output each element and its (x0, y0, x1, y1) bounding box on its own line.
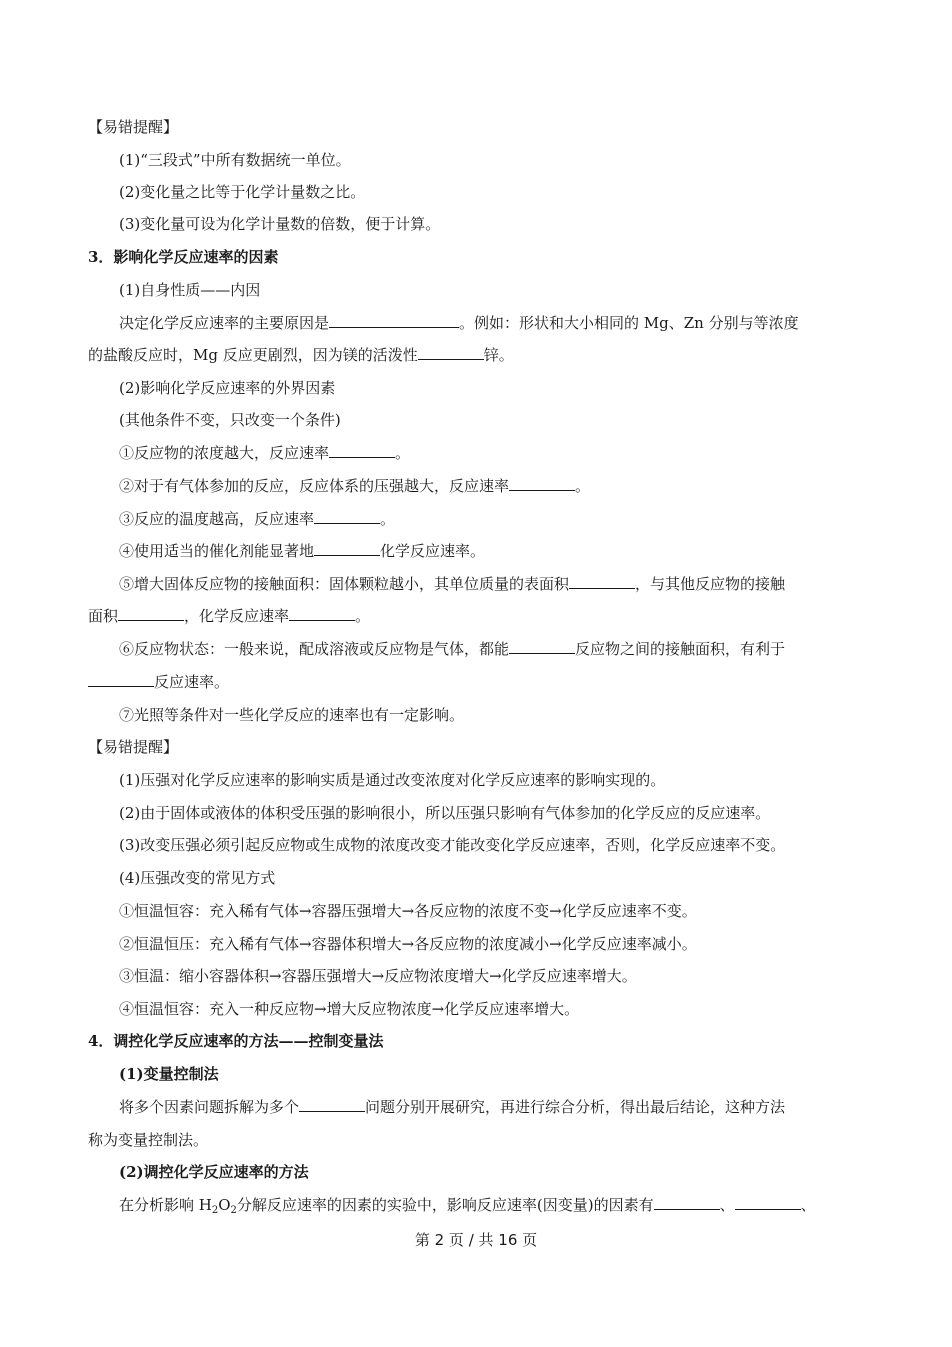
text: 面积 (88, 607, 118, 625)
fill-blank (569, 574, 635, 589)
text: O (218, 1196, 230, 1214)
text: ①反应物的浓度越大，反应速率 (119, 444, 329, 462)
tip-item: ①恒温恒容：充入稀有气体→容器压强增大→各反应物的浓度不变→化学反应速率不变。 (119, 901, 952, 921)
text: 在分析影响 H (119, 1196, 212, 1214)
factor-item: ③反应的温度越高，反应速率。 (119, 509, 952, 529)
tip-item: (4)压强改变的常见方式 (119, 868, 952, 888)
tip-item: (1)压强对化学反应速率的影响实质是通过改变浓度对化学反应速率的影响实现的。 (119, 770, 952, 790)
fill-blank (289, 606, 355, 621)
subheading: (1)变量控制法 (119, 1064, 952, 1084)
text: 决定化学反应速率的主要原因是 (119, 314, 329, 332)
factor-item: ⑤增大固体反应物的接触面积：固体颗粒越小，其单位质量的表面积，与其他反应物的接触 (119, 574, 952, 594)
text: 将多个因素问题拆解为多个 (119, 1098, 299, 1116)
subheading: (2)调控化学反应速率的方法 (119, 1162, 952, 1182)
subheading: (2)影响化学反应速率的外界因素 (119, 378, 952, 398)
factor-item-cont: 反应速率。 (88, 672, 952, 692)
text: 问题分别开展研究，再进行综合分析，得出最后结论，这种方法 (365, 1098, 785, 1116)
text: ②对于有气体参加的反应，反应体系的压强越大，反应速率 (119, 477, 509, 495)
note: (其他条件不变，只改变一个条件) (119, 410, 952, 430)
tip-title: 【易错提醒】 (88, 117, 952, 137)
factor-item: ②对于有气体参加的反应，反应体系的压强越大，反应速率。 (119, 476, 952, 496)
fill-blank (329, 313, 459, 328)
text: 化学反应速率。 (380, 542, 485, 560)
text: ③反应的温度越高，反应速率 (119, 510, 314, 528)
fill-blank (88, 672, 154, 687)
text: 的盐酸反应时，Mg 反应更剧烈，因为镁的活泼性 (88, 346, 418, 364)
text: ，化学反应速率 (184, 607, 289, 625)
section-heading: 4．调控化学反应速率的方法——控制变量法 (88, 1031, 952, 1051)
factor-item: ⑥反应物状态：一般来说，配成溶液或反应物是气体，都能反应物之间的接触面积，有利于 (119, 639, 952, 659)
text: ④使用适当的催化剂能显著地 (119, 542, 314, 560)
paragraph: 的盐酸反应时，Mg 反应更剧烈，因为镁的活泼性锌。 (88, 345, 952, 365)
fill-blank (509, 639, 575, 654)
text: ⑤增大固体反应物的接触面积：固体颗粒越小，其单位质量的表面积 (119, 575, 569, 593)
tip-item: (1)“三段式”中所有数据统一单位。 (119, 150, 952, 170)
paragraph: 决定化学反应速率的主要原因是。例如：形状和大小相同的 Mg、Zn 分别与等浓度 (119, 313, 952, 333)
tip-item: (3)改变压强必须引起反应物或生成物的浓度改变才能改变化学反应速率，否则，化学反… (119, 835, 952, 855)
text: 。 (355, 607, 370, 625)
text: ，与其他反应物的接触 (635, 575, 785, 593)
page-footer: 第 2 页 / 共 16 页 (0, 1229, 952, 1250)
tip-item: ③恒温：缩小容器体积→容器压强增大→反应物浓度增大→化学反应速率增大。 (119, 966, 952, 986)
paragraph: 将多个因素问题拆解为多个问题分别开展研究，再进行综合分析，得出最后结论，这种方法 (119, 1097, 952, 1117)
paragraph: 在分析影响 H2O2分解反应速率的因素的实验中，影响反应速率(因变量)的因素有、… (119, 1195, 952, 1221)
fill-blank (654, 1195, 720, 1210)
text: 、 (720, 1196, 735, 1214)
text: 、 (801, 1196, 816, 1214)
document-page: 【易错提醒】 (1)“三段式”中所有数据统一单位。 (2)变化量之比等于化学计量… (0, 0, 952, 1347)
text: 。 (395, 444, 410, 462)
section-heading: 3．影响化学反应速率的因素 (88, 247, 952, 267)
tip-item: (3)变化量可设为化学计量数的倍数，便于计算。 (119, 214, 952, 234)
factor-item: ⑦光照等条件对一些化学反应的速率也有一定影响。 (119, 705, 952, 725)
fill-blank (299, 1097, 365, 1112)
subheading: (1)自身性质——内因 (119, 280, 952, 300)
text: ⑥反应物状态：一般来说，配成溶液或反应物是气体，都能 (119, 640, 509, 658)
text: 。 (575, 477, 590, 495)
tip-item: ④恒温恒容：充入一种反应物→增大反应物浓度→化学反应速率增大。 (119, 999, 952, 1019)
fill-blank (314, 541, 380, 556)
fill-blank (118, 606, 184, 621)
factor-item-cont: 面积，化学反应速率。 (88, 606, 952, 626)
text: 反应速率。 (154, 673, 229, 691)
paragraph-cont: 称为变量控制法。 (88, 1130, 952, 1150)
text: 。例如：形状和大小相同的 Mg、Zn 分别与等浓度 (459, 314, 799, 332)
text: 锌。 (484, 346, 514, 364)
fill-blank (509, 476, 575, 491)
fill-blank (735, 1195, 801, 1210)
factor-item: ④使用适当的催化剂能显著地化学反应速率。 (119, 541, 952, 561)
fill-blank (418, 345, 484, 360)
tip-item: (2)变化量之比等于化学计量数之比。 (119, 182, 952, 202)
text: 分解反应速率的因素的实验中，影响反应速率(因变量)的因素有 (237, 1196, 654, 1214)
tip-item: ②恒温恒压：充入稀有气体→容器体积增大→各反应物的浓度减小→化学反应速率减小。 (119, 934, 952, 954)
text: 。 (380, 510, 395, 528)
fill-blank (314, 509, 380, 524)
fill-blank (329, 443, 395, 458)
text: 反应物之间的接触面积，有利于 (575, 640, 785, 658)
tip-item: (2)由于固体或液体的体积受压强的影响很小，所以压强只影响有气体参加的化学反应的… (119, 803, 952, 823)
factor-item: ①反应物的浓度越大，反应速率。 (119, 443, 952, 463)
tip-title: 【易错提醒】 (88, 737, 952, 757)
